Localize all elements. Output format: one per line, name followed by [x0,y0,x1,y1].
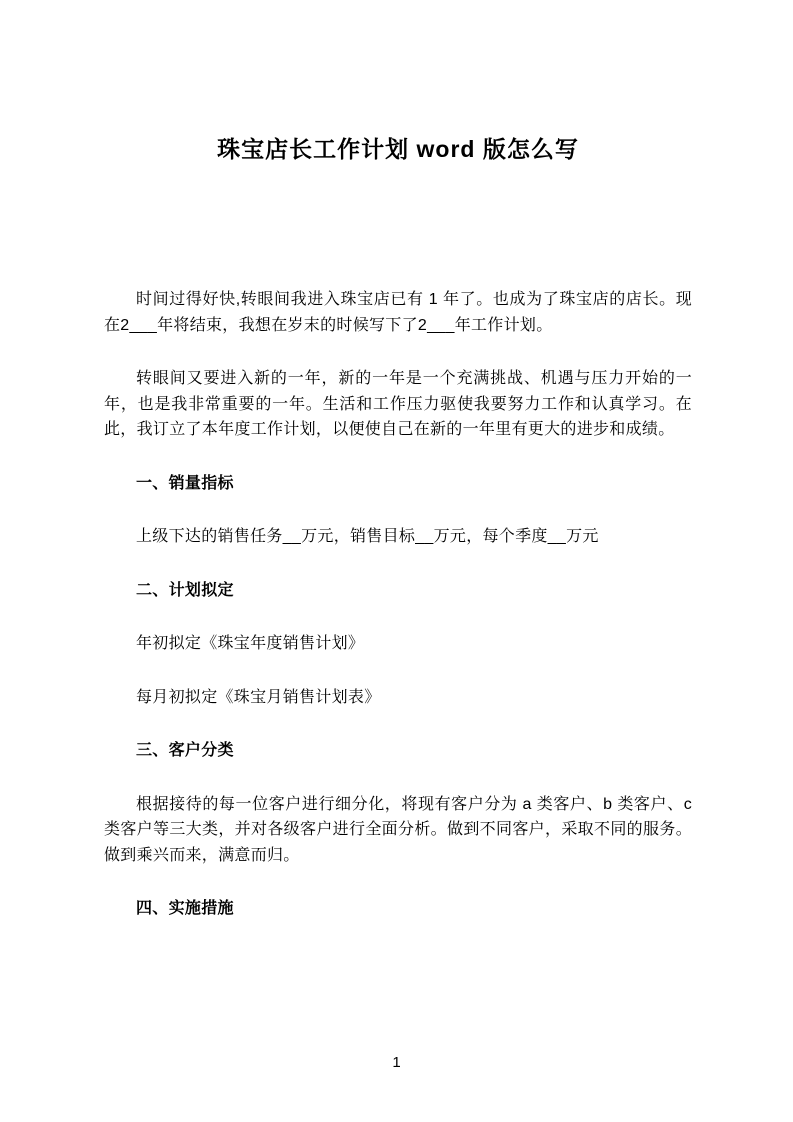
paragraph-customer-detail: 根据接待的每一位客户进行细分化，将现有客户分为 a 类客户、b 类客户、c 类客… [104,792,692,869]
document-title: 珠宝店长工作计划 word 版怎么写 [104,133,692,165]
section-heading-customer-classification: 三、客户分类 [104,738,692,764]
paragraph-annual-plan: 年初拟定《珠宝年度销售计划》 [104,631,692,657]
paragraph-new-year: 转眼间又要进入新的一年，新的一年是一个充满挑战、机遇与压力开始的一年，也是我非常… [104,366,692,443]
paragraph-monthly-plan: 每月初拟定《珠宝月销售计划表》 [104,685,692,711]
paragraph-sales-task: 上级下达的销售任务__万元，销售目标__万元，每个季度__万元 [104,524,692,550]
document-page: 珠宝店长工作计划 word 版怎么写 时间过得好快,转眼间我进入珠宝店已有 1 … [0,0,793,1122]
section-heading-sales-target: 一、销量指标 [104,471,692,497]
section-heading-implementation: 四、实施措施 [104,896,692,922]
page-number: 1 [0,1050,793,1075]
section-heading-plan-drafting: 二、计划拟定 [104,578,692,604]
paragraph-intro: 时间过得好快,转眼间我进入珠宝店已有 1 年了。也成为了珠宝店的店长。现在2__… [104,287,692,338]
